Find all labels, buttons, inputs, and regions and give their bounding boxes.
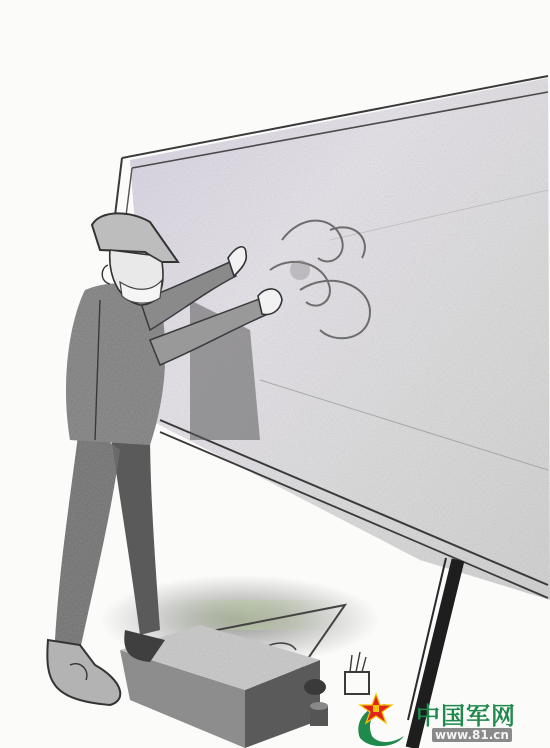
army-star-logo-icon [352,690,416,748]
sketch-illustration [0,0,550,748]
watermark-url: www.81.cn [432,728,512,742]
watermark-title: 中国军网 [416,696,516,731]
watermark: 中国军网 www.81.cn [352,690,550,748]
